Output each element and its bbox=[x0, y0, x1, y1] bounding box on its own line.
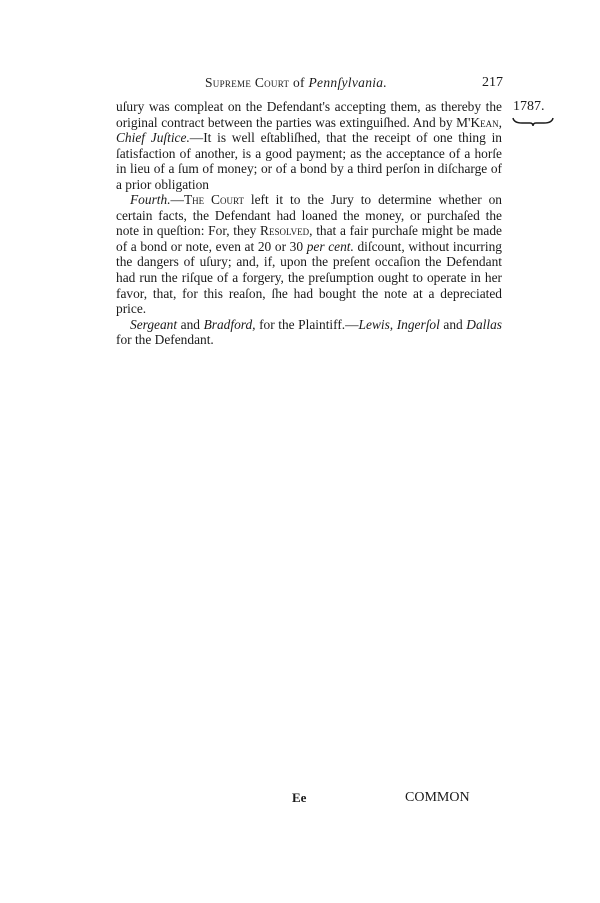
paragraph-3: Sergeant and Bradford, for the Plaintiff… bbox=[116, 317, 502, 348]
p3-lewis: Lewis, Ingerſol bbox=[359, 317, 440, 332]
running-head-court: Court bbox=[255, 75, 289, 90]
p3-and-1: and bbox=[177, 317, 203, 332]
paragraph-2: Fourth.—The Court left it to the Jury to… bbox=[116, 192, 502, 316]
p1-text-a: uſury was compleat on the Defendant's ac… bbox=[116, 99, 502, 130]
p3-dallas: Dallas bbox=[466, 317, 502, 332]
running-head-state: Pennſylvania. bbox=[309, 75, 388, 90]
page-number: 217 bbox=[482, 75, 503, 91]
p3-bradford: Bradford, bbox=[204, 317, 256, 332]
p1-text-b: , bbox=[499, 115, 502, 130]
p2-per-cent: per cent. bbox=[307, 239, 354, 254]
paragraph-1: uſury was compleat on the Defendant's ac… bbox=[116, 99, 502, 192]
brace-icon bbox=[512, 117, 554, 127]
p2-court: —The Court bbox=[171, 192, 244, 207]
margin-year: 1787. bbox=[513, 99, 545, 115]
p3-and-2: and bbox=[440, 317, 466, 332]
page-header: Supreme Court of Pennſylvania. 217 1787. bbox=[0, 75, 600, 95]
running-head-of: of bbox=[293, 75, 305, 90]
p2-resolved: Resolved bbox=[260, 223, 309, 238]
signature-mark: Ee bbox=[292, 790, 306, 806]
p1-title: Chief Juſtice. bbox=[116, 130, 190, 145]
document-body: uſury was compleat on the Defendant's ac… bbox=[116, 99, 502, 348]
running-head-supreme: Supreme bbox=[205, 75, 251, 90]
p1-name: Kean bbox=[470, 115, 498, 130]
p3-text-a: for the Plaintiff.— bbox=[256, 317, 359, 332]
running-head: Supreme Court of Pennſylvania. bbox=[205, 75, 387, 91]
p2-label: Fourth. bbox=[130, 192, 171, 207]
p3-sergeant: Sergeant bbox=[130, 317, 177, 332]
catchword: COMMON bbox=[405, 790, 470, 806]
p3-text-b: for the Defendant. bbox=[116, 332, 214, 347]
